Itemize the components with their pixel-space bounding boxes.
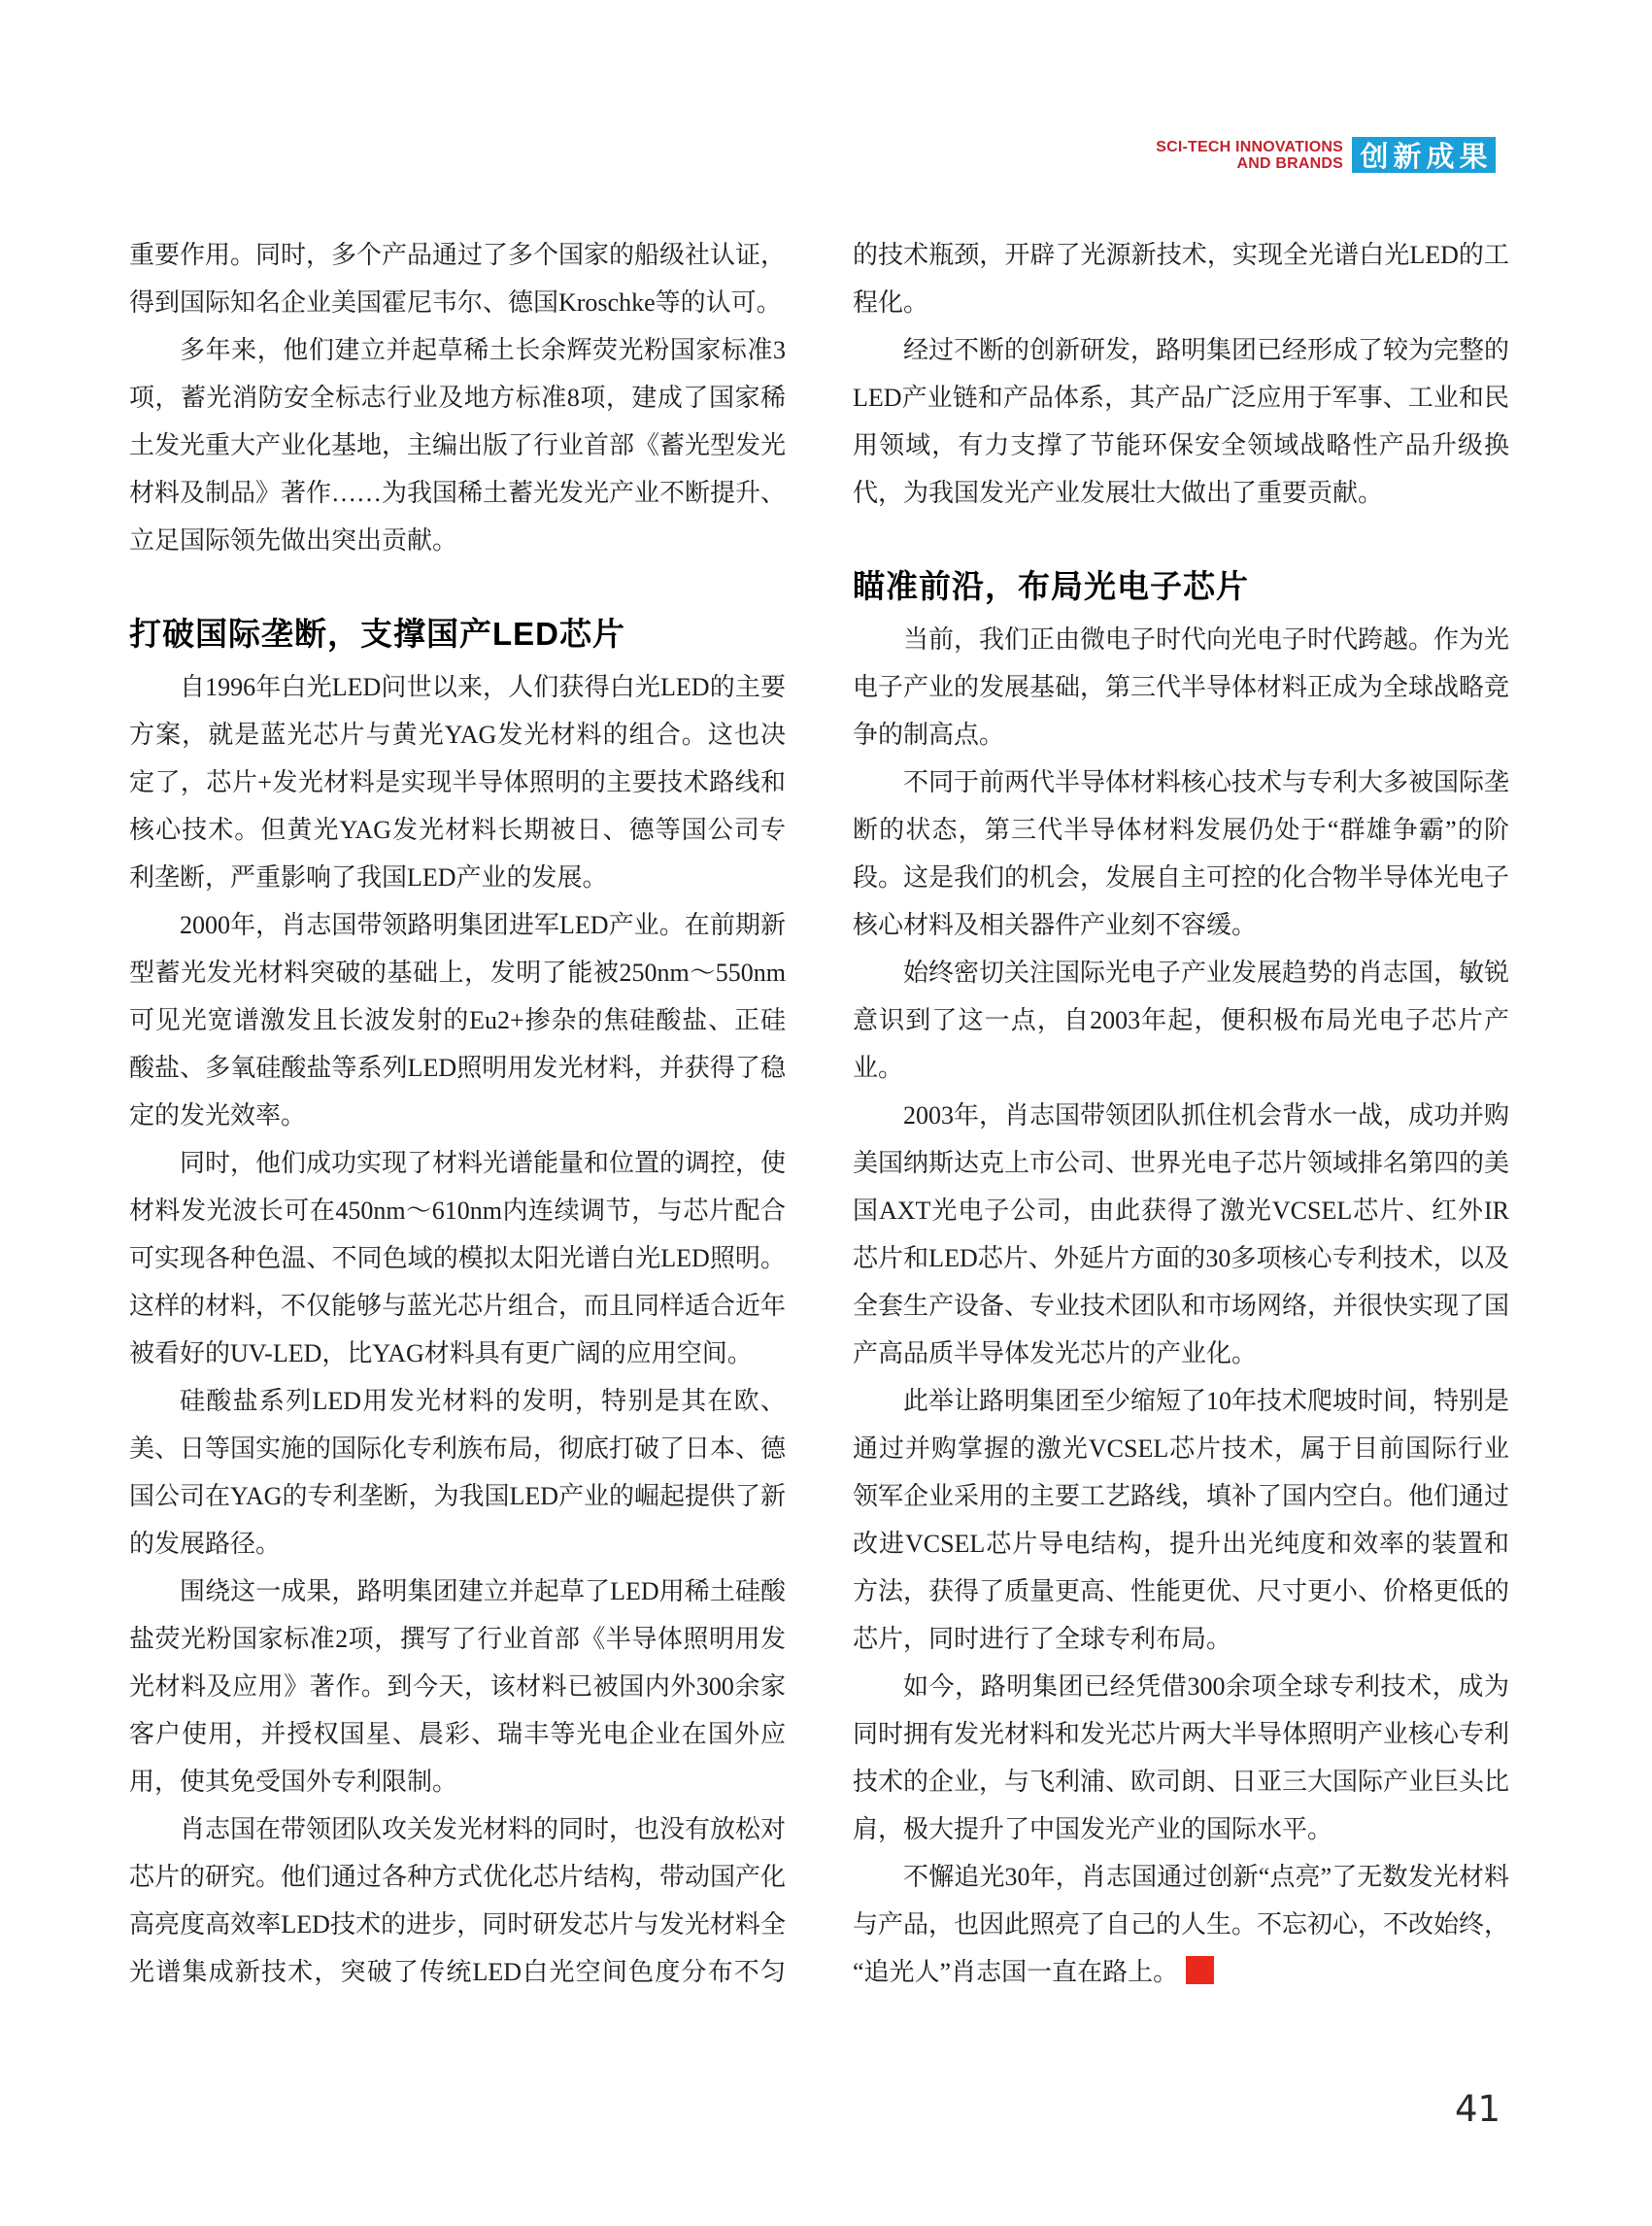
body-paragraph: 多年来，他们建立并起草稀土长余辉荧光粉国家标准3项，蓄光消防安全标志行业及地方标… <box>129 326 786 564</box>
end-of-article-mark: S <box>1186 1956 1214 1984</box>
magazine-page: SCI-TECH INNOVATIONS AND BRANDS 创新成果 重要作… <box>0 0 1652 2226</box>
body-paragraph: 此举让路明集团至少缩短了10年技术爬坡时间，特别是通过并购掌握的激光VCSEL芯… <box>853 1377 1509 1663</box>
header-english-line1: SCI-TECH INNOVATIONS <box>1156 139 1343 155</box>
body-paragraph: 始终密切关注国际光电子产业发展趋势的肖志国，敏锐意识到了这一点，自2003年起，… <box>853 949 1509 1092</box>
body-paragraph: 同时，他们成功实现了材料光谱能量和位置的调控，使材料发光波长可在450nm～61… <box>129 1139 786 1377</box>
page-number: 41 <box>1455 2088 1500 2130</box>
header-chinese-label: 创新成果 <box>1355 135 1492 175</box>
body-paragraph: 不懈追光30年，肖志国通过创新“点亮”了无数发光材料与产品，也因此照亮了自己的人… <box>853 1853 1509 1996</box>
body-paragraph: 自1996年白光LED问世以来，人们获得白光LED的主要方案，就是蓝光芯片与黄光… <box>129 663 786 901</box>
section-heading: 打破国际垄断，支撑国产LED芯片 <box>129 615 786 654</box>
article-body: 重要作用。同时，多个产品通过了多个国家的船级社认证，得到国际知名企业美国霍尼韦尔… <box>129 231 1509 1996</box>
body-paragraph: 的技术瓶颈，开辟了光源新技术，实现全光谱白光LED的工程化。 <box>853 231 1509 326</box>
page-header: SCI-TECH INNOVATIONS AND BRANDS 创新成果 <box>1156 137 1496 173</box>
body-paragraph: 当前，我们正由微电子时代向光电子时代跨越。作为光电子产业的发展基础，第三代半导体… <box>853 616 1509 759</box>
header-chinese-badge: 创新成果 <box>1352 137 1496 173</box>
body-paragraph: 硅酸盐系列LED用发光材料的发明，特别是其在欧、美、日等国实施的国际化专利族布局… <box>129 1377 786 1568</box>
body-paragraph: 围绕这一成果，路明集团建立并起草了LED用稀土硅酸盐荧光粉国家标准2项，撰写了行… <box>129 1568 786 1805</box>
header-english-label: SCI-TECH INNOVATIONS AND BRANDS <box>1156 139 1343 172</box>
body-paragraph: 不同于前两代半导体材料核心技术与专利大多被国际垄断的状态，第三代半导体材料发展仍… <box>853 759 1509 949</box>
left-column: 重要作用。同时，多个产品通过了多个国家的船级社认证，得到国际知名企业美国霍尼韦尔… <box>129 231 786 1996</box>
body-paragraph: 肖志国在带领团队攻关发光材料的同时，也没有放松对芯片的研究。他们通过各种方式优化… <box>129 1805 786 1996</box>
body-paragraph: 如今，路明集团已经凭借300余项全球专利技术，成为同时拥有发光材料和发光芯片两大… <box>853 1663 1509 1853</box>
right-column: 的技术瓶颈，开辟了光源新技术，实现全光谱白光LED的工程化。经过不断的创新研发，… <box>853 231 1509 1996</box>
header-english-line2: AND BRANDS <box>1156 155 1343 172</box>
section-heading: 瞄准前沿，布局光电子芯片 <box>853 567 1509 606</box>
body-paragraph: 2003年，肖志国带领团队抓住机会背水一战，成功并购美国纳斯达克上市公司、世界光… <box>853 1092 1509 1377</box>
body-paragraph: 经过不断的创新研发，路明集团已经形成了较为完整的LED产业链和产品体系，其产品广… <box>853 326 1509 517</box>
body-paragraph: 重要作用。同时，多个产品通过了多个国家的船级社认证，得到国际知名企业美国霍尼韦尔… <box>129 231 786 326</box>
body-paragraph: 2000年，肖志国带领路明集团进军LED产业。在前期新型蓄光发光材料突破的基础上… <box>129 901 786 1139</box>
